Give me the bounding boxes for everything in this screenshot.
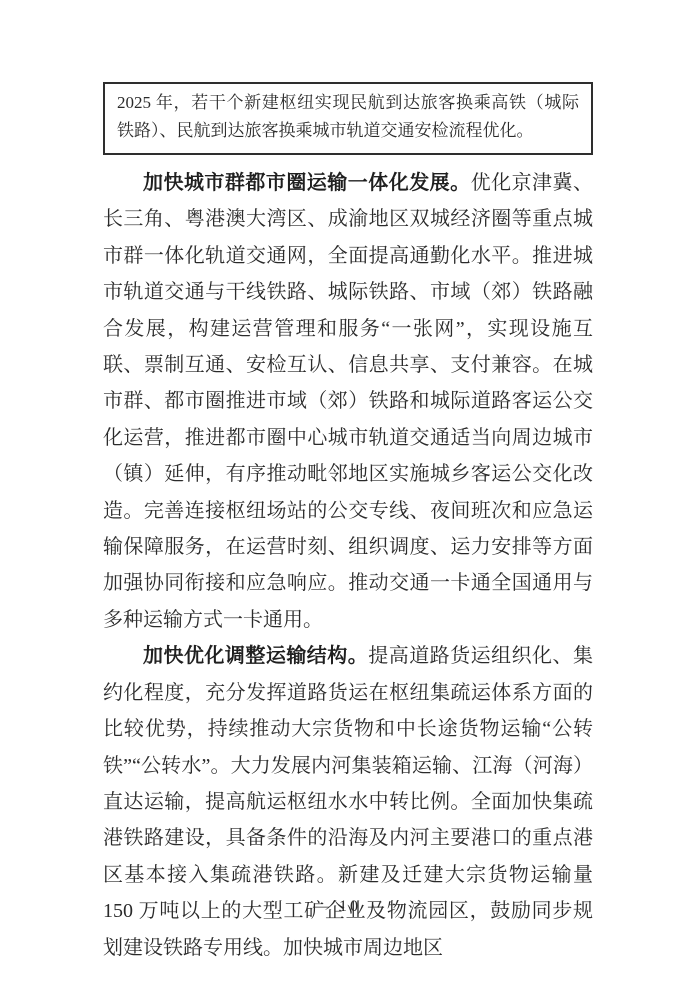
paragraph-lead: 加快城市群都市圈运输一体化发展。 (143, 172, 471, 194)
body-text: 加快城市群都市圈运输一体化发展。优化京津冀、长三角、粤港澳大湾区、成渝地区双城经… (103, 165, 593, 966)
paragraph-transport-integration: 加快城市群都市圈运输一体化发展。优化京津冀、长三角、粤港澳大湾区、成渝地区双城经… (103, 165, 593, 638)
paragraph-freight-structure: 加快优化调整运输结构。提高道路货运组织化、集约化程度，充分发挥道路货运在枢纽集疏… (103, 638, 593, 966)
paragraph-body: 优化京津冀、长三角、粤港澳大湾区、成渝地区双城经济圈等重点城市群一体化轨道交通网… (103, 172, 593, 631)
callout-box: 2025 年，若干个新建枢纽实现民航到达旅客换乘高铁（城际铁路）、民航到达旅客换… (103, 82, 593, 155)
page-number: — 10 — (0, 898, 700, 916)
document-page: 2025 年，若干个新建枢纽实现民航到达旅客换乘高铁（城际铁路）、民航到达旅客换… (0, 0, 700, 990)
paragraph-lead: 加快优化调整运输结构。 (143, 645, 368, 667)
callout-text: 2025 年，若干个新建枢纽实现民航到达旅客换乘高铁（城际铁路）、民航到达旅客换… (117, 93, 579, 140)
page-content: 2025 年，若干个新建枢纽实现民航到达旅客换乘高铁（城际铁路）、民航到达旅客换… (103, 82, 593, 966)
